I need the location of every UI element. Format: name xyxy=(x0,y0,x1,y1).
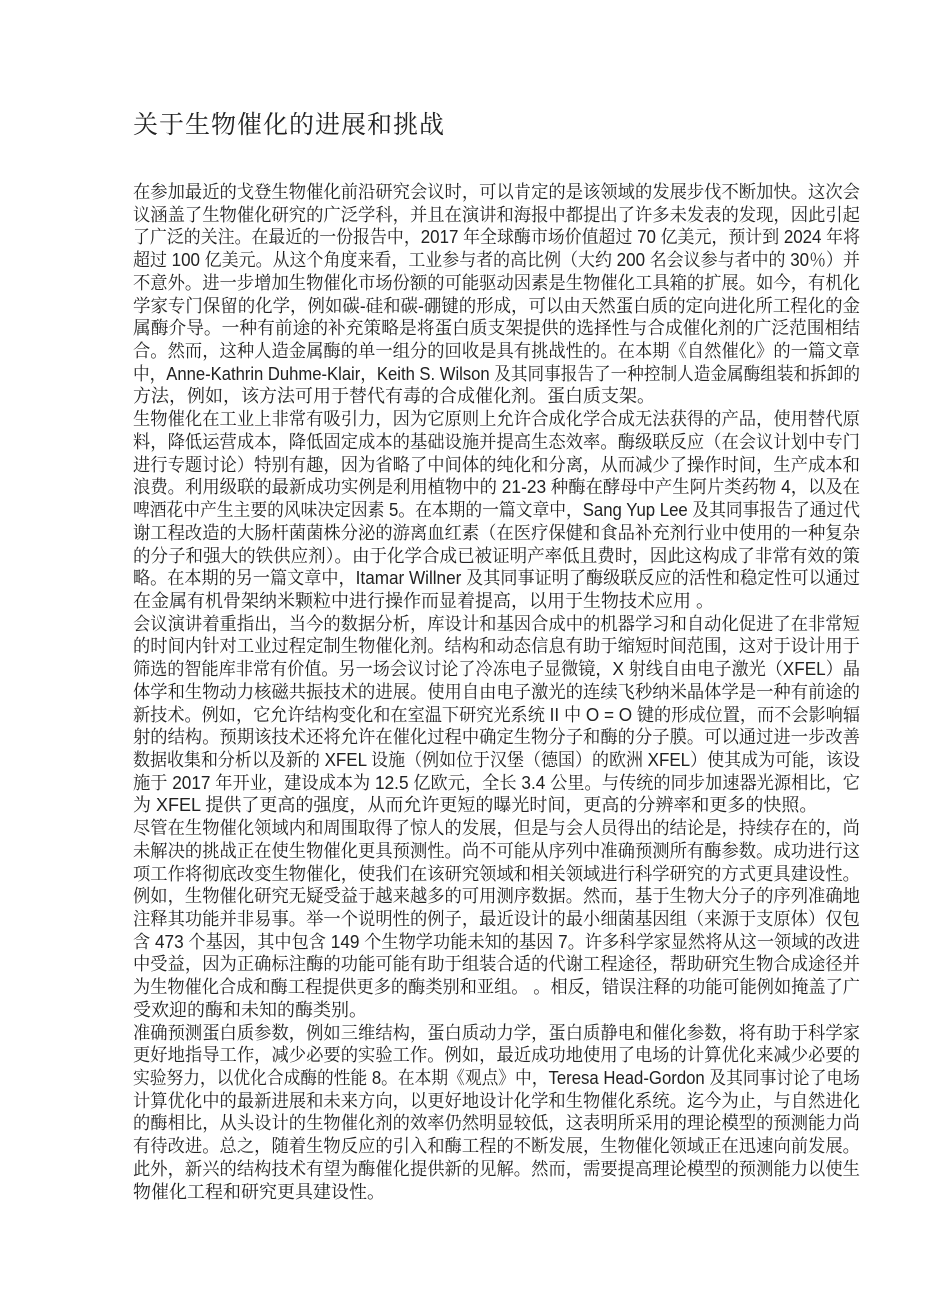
text-line: 含 473 个基因，其中包含 149 个生物学功能未知的基因 7。许多科学家显然… xyxy=(133,931,827,954)
text-line: 方法，例如，该方法可用于替代有毒的合成催化剂。蛋白质支架。 xyxy=(133,385,860,408)
text-line: 此外，新兴的结构技术有望为酶催化提供新的见解。然而，需要提高理论模型的预测能力以… xyxy=(133,1158,832,1181)
text-line: 受欢迎的酶和未知的酶类别。 xyxy=(133,999,860,1022)
text-line: 项工作将彻底改变生物催化，使我们在该研究领域和相关领域进行科学研究的方式更具建设… xyxy=(133,863,832,886)
text-line: 超过 100 亿美元。从这个角度来看，工业参与者的高比例（大约 200 名会议参… xyxy=(133,249,818,272)
text-line: 中受益，因为正确标注酶的功能可能有助于组装合适的代谢工程途径，帮助研究生物合成途… xyxy=(133,953,832,976)
text-line: 有待改进。总之，随着生物反应的引入和酶工程的不断发展，生物催化领域正在迅速向前发… xyxy=(133,1135,832,1158)
text-line: 未解决的挑战正在使生物催化更具预测性。尚不可能从序列中准确预测所有酶参数。成功进… xyxy=(133,840,832,863)
text-line: 合。然而，这种人造金属酶的单一组分的回收是具有挑战性的。在本期《自然催化》的一篇… xyxy=(133,340,832,363)
text-line: 啤酒花中产生主要的风味决定因素 5。在本期的一篇文章中，Sang Yup Lee… xyxy=(133,499,810,522)
text-line: 施于 2017 年开业，建设成本为 12.5 亿欧元，全长 3.4 公里。与传统… xyxy=(133,772,828,795)
text-line: 料，降低运营成本，降低固定成本的基础设施并提高生态效率。酶级联反应（在会议计划中… xyxy=(133,431,832,454)
text-line: 为 XFEL 提供了更高的强度，从而允许更短的曝光时间，更高的分辨率和更多的快照… xyxy=(133,794,860,817)
text-line: 尽管在生物催化领域内和周围取得了惊人的发展，但是与会人员得出的结论是，持续存在的… xyxy=(133,817,832,840)
paragraph: 会议演讲着重指出，当今的数据分析，库设计和基因合成中的机器学习和自动化促进了在非… xyxy=(133,613,860,817)
text-line: 新技术。例如，它允许结构变化和在室温下研究光系统 II 中 O = O 键的形成… xyxy=(133,704,826,727)
document-title: 关于生物催化的进展和挑战 xyxy=(133,105,445,141)
text-line: 谢工程改造的大肠杆菌菌株分泌的游离血红素（在医疗保健和食品补充剂行业中使用的一种… xyxy=(133,522,832,545)
text-line: 体学和生物动力核磁共振技术的进展。使用自由电子激光的连续飞秒纳米晶体学是一种有前… xyxy=(133,681,832,704)
text-line: 进行专题讨论）特别有趣，因为省略了中间体的纯化和分离，从而减少了操作时间，生产成… xyxy=(133,454,832,477)
paragraph: 在参加最近的戈登生物催化前沿研究会议时，可以肯定的是该领域的发展步伐不断加快。这… xyxy=(133,181,860,408)
text-line: 属酶介导。一种有前途的补充策略是将蛋白质支架提供的选择性与合成催化剂的广泛范围相… xyxy=(133,317,849,340)
text-line: 会议演讲着重指出，当今的数据分析，库设计和基因合成中的机器学习和自动化促进了在非… xyxy=(133,613,832,636)
text-line: 数据收集和分析以及新的 XFEL 设施（例如位于汉堡（德国）的欧洲 XFEL）使… xyxy=(133,749,819,772)
text-line: 例如，生物催化研究无疑受益于越来越多的可用测序数据。然而，基于生物大分子的序列准… xyxy=(133,885,832,908)
text-line: 浪费。利用级联的最新成功实例是利用植物中的 21-23 种酶在酵母中产生阿片类药… xyxy=(133,476,833,499)
text-line: 不意外。进一步增加生物催化市场份额的可能驱动因素是生物催化工具箱的扩展。如今，有… xyxy=(133,272,832,295)
text-line: 议涵盖了生物催化研究的广泛学科，并且在演讲和海报中都提出了许多未发表的发现，因此… xyxy=(133,204,832,227)
text-line: 生物催化在工业上非常有吸引力，因为它原则上允许合成化学合成无法获得的产品，使用替… xyxy=(133,408,832,431)
text-line: 中，Anne-Kathrin Duhme-Klair，Keith S. Wils… xyxy=(133,363,804,386)
paragraph: 生物催化在工业上非常有吸引力，因为它原则上允许合成化学合成无法获得的产品，使用替… xyxy=(133,408,860,612)
text-line: 的分子和强大的铁供应剂）。由于化学合成已被证明产率低且费时，因此这构成了非常有效… xyxy=(133,545,841,568)
text-line: 在金属有机骨架纳米颗粒中进行操作而显着提高，以用于生物技术应用 。 xyxy=(133,590,860,613)
text-line: 略。在本期的另一篇文章中，Itamar Willner 及其同事证明了酶级联反应… xyxy=(133,567,825,590)
text-line: 的酶相比，从头设计的生物催化剂的效率仍然明显较低，这表明所采用的理论模型的预测能… xyxy=(133,1112,832,1135)
document-page: 关于生物催化的进展和挑战 在参加最近的戈登生物催化前沿研究会议时，可以肯定的是该… xyxy=(0,0,926,1309)
paragraph: 准确预测蛋白质参数，例如三维结构，蛋白质动力学，蛋白质静电和催化参数，将有助于科… xyxy=(133,1022,860,1204)
text-line: 的时间内针对工业过程定制生物催化剂。结构和动态信息有助于缩短时间范围，这对于设计… xyxy=(133,635,832,658)
text-line: 实验努力，以优化合成酶的性能 8。在本期《观点》中，Teresa Head-Go… xyxy=(133,1067,809,1090)
text-line: 在参加最近的戈登生物催化前沿研究会议时，可以肯定的是该领域的发展步伐不断加快。这… xyxy=(133,181,832,204)
text-line: 学家专门保留的化学，例如碳-硅和碳-硼键的形成，可以由天然蛋白质的定向进化所工程… xyxy=(133,295,838,318)
text-line: 筛选的智能库非常有价值。另一场会议讨论了冷冻电子显微镜，X 射线自由电子激光（X… xyxy=(133,658,825,681)
text-line: 注释其功能并非易事。举一个说明性的例子，最近设计的最小细菌基因组（来源于支原体）… xyxy=(133,908,832,931)
text-line: 了广泛的关注。在最近的一份报告中，2017 年全球酶市场价值超过 70 亿美元，… xyxy=(133,226,817,249)
text-line: 射的结构。预期该技术还将允许在催化过程中确定生物分子和酶的分子膜。可以通过进一步… xyxy=(133,726,832,749)
text-line: 为生物催化合成和酶工程提供更多的酶类别和亚组。 。相反，错误注释的功能可能例如掩… xyxy=(133,976,828,999)
text-line: 更好地指导工作，减少必要的实验工作。例如，最近成功地使用了电场的计算优化来减少必… xyxy=(133,1044,832,1067)
paragraph: 尽管在生物催化领域内和周围取得了惊人的发展，但是与会人员得出的结论是，持续存在的… xyxy=(133,817,860,1021)
document-body: 在参加最近的戈登生物催化前沿研究会议时，可以肯定的是该领域的发展步伐不断加快。这… xyxy=(133,181,860,1203)
text-line: 物催化工程和研究更具建设性。 xyxy=(133,1181,860,1204)
text-line: 计算优化中的最新进展和未来方向，以更好地设计化学和生物催化系统。迄今为止，与自然… xyxy=(133,1090,832,1113)
text-line: 准确预测蛋白质参数，例如三维结构，蛋白质动力学，蛋白质静电和催化参数，将有助于科… xyxy=(133,1022,832,1045)
